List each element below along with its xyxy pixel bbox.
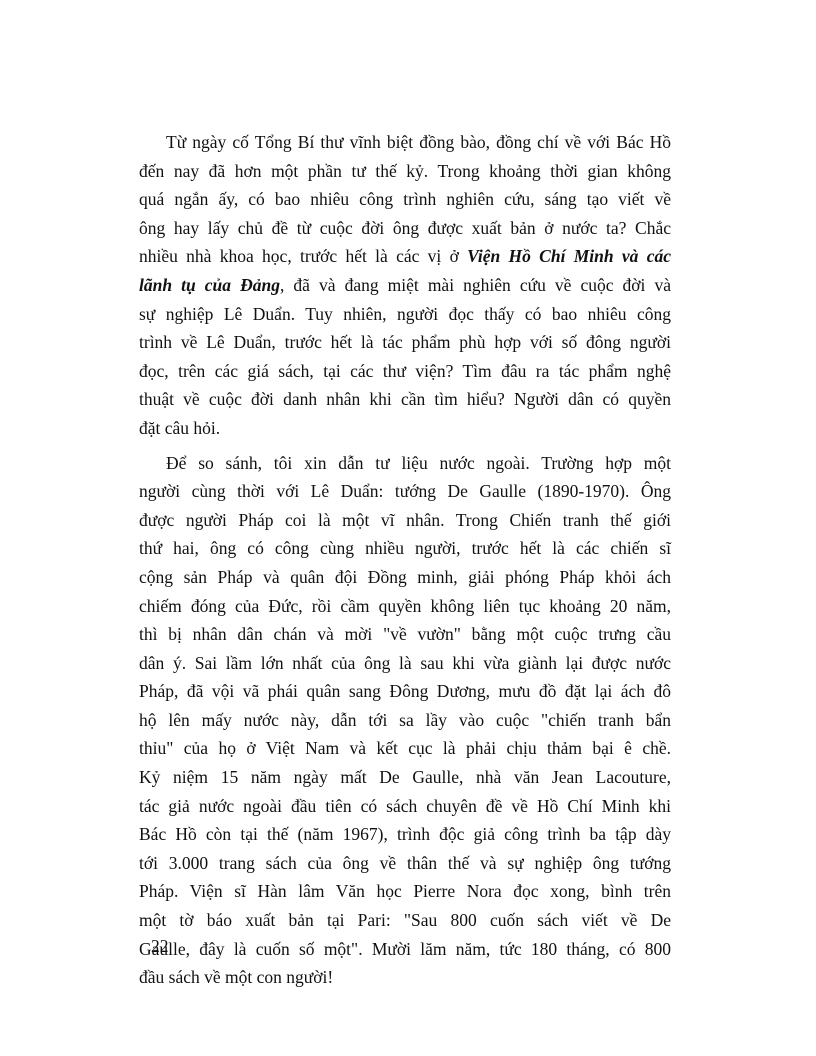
text-line: người cùng thời với Lê Duẩn: tướng De Ga… xyxy=(139,477,671,506)
text-line: tác giả nước ngoài đầu tiên có sách chuy… xyxy=(139,792,671,821)
text-line: nhiều nhà khoa học, trước hết là các vị … xyxy=(139,242,671,271)
text-line: Bác Hồ còn tại thế (năm 1967), trình độc… xyxy=(139,820,671,849)
text-line: cộng sản Pháp và quân đội Đồng minh, giả… xyxy=(139,563,671,592)
text-line: sự nghiệp Lê Duẩn. Tuy nhiên, người đọc … xyxy=(139,300,671,329)
text-line: đầu sách về một con người! xyxy=(139,963,671,992)
italic-institution-name: Viện Hồ Chí Minh và các xyxy=(467,246,671,266)
text-line: Gaulle, đây là cuốn số một". Mười lăm nă… xyxy=(139,935,671,964)
text-line: đến nay đã hơn một phần tư thế kỷ. Trong… xyxy=(139,157,671,186)
text-line: được người Pháp coi là một vĩ nhân. Tron… xyxy=(139,506,671,535)
text-line: Để so sánh, tôi xin dẫn tư liệu nước ngo… xyxy=(139,449,671,478)
page-number: 22 xyxy=(151,936,169,957)
italic-institution-name-cont: lãnh tụ của Đảng xyxy=(139,275,280,295)
text-line: thứ hai, ông có công cùng nhiều người, t… xyxy=(139,534,671,563)
text-line: ông hay lấy chủ đề từ cuộc đời ông được … xyxy=(139,214,671,243)
text-line: Từ ngày cố Tổng Bí thư vĩnh biệt đồng bà… xyxy=(139,128,671,157)
text-line: đặt câu hỏi. xyxy=(139,414,671,443)
text-run: , đã và đang miệt mài nghiên cứu về cuộc… xyxy=(280,275,671,295)
paragraph-2: Để so sánh, tôi xin dẫn tư liệu nước ngo… xyxy=(139,449,671,992)
document-page: Từ ngày cố Tổng Bí thư vĩnh biệt đồng bà… xyxy=(139,128,671,992)
text-line: đọc, trên các giá sách, tại các thư viện… xyxy=(139,357,671,386)
paragraph-1: Từ ngày cố Tổng Bí thư vĩnh biệt đồng bà… xyxy=(139,128,671,443)
text-line: trình về Lê Duẩn, trước hết là tác phẩm … xyxy=(139,328,671,357)
text-line: Pháp, đã vội vã phái quân sang Đông Dươn… xyxy=(139,677,671,706)
text-line: quá ngắn ấy, có bao nhiêu công trình ngh… xyxy=(139,185,671,214)
text-run: nhiều nhà khoa học, trước hết là các vị … xyxy=(139,246,467,266)
text-line: lãnh tụ của Đảng, đã và đang miệt mài ng… xyxy=(139,271,671,300)
text-line: hộ lên mấy nước này, dẫn tới sa lầy vào … xyxy=(139,706,671,735)
text-line: Kỷ niệm 15 năm ngày mất De Gaulle, nhà v… xyxy=(139,763,671,792)
text-line: một tờ báo xuất bản tại Pari: "Sau 800 c… xyxy=(139,906,671,935)
text-line: Pháp. Viện sĩ Hàn lâm Văn học Pierre Nor… xyxy=(139,877,671,906)
text-line: dân ý. Sai lầm lớn nhất của ông là sau k… xyxy=(139,649,671,678)
text-line: thì bị nhân dân chán và mời "về vườn" bằ… xyxy=(139,620,671,649)
text-line: thỉu" của họ ở Việt Nam và kết cục là ph… xyxy=(139,734,671,763)
text-line: thuật về cuộc đời danh nhân khi cần tìm … xyxy=(139,385,671,414)
text-line: chiếm đóng của Đức, rồi cầm quyền không … xyxy=(139,592,671,621)
text-line: tới 3.000 trang sách của ông về thân thế… xyxy=(139,849,671,878)
